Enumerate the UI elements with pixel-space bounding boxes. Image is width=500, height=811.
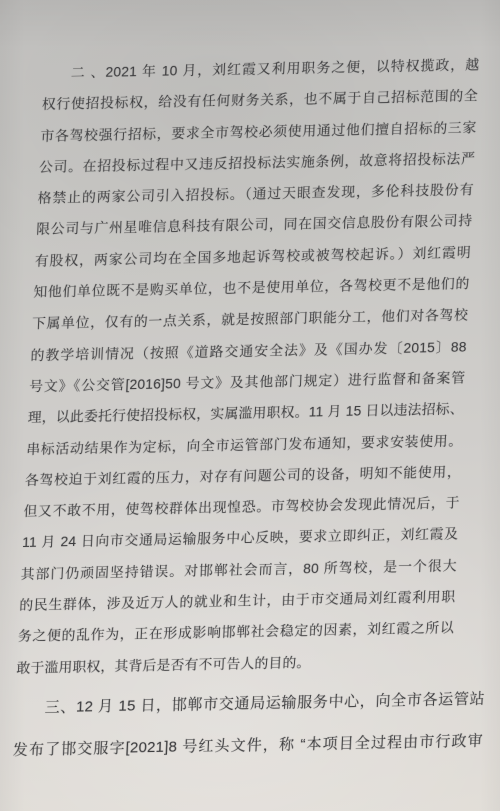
- paragraph-3-section: 三、12 月 15 日，邯郸市交通局运输服务中心，向全市各运管站 发布了邯交服字…: [12, 679, 486, 772]
- document-photo: 二 、2021 年 10 月，刘红霞又利用职务之便，以特权揽政，越 权行使招投标…: [0, 0, 500, 811]
- paragraph-2-section: 二 、2021 年 10 月，刘红霞又利用职务之便，以特权揽政，越 权行使招投标…: [16, 49, 480, 684]
- document-text: 二 、2021 年 10 月，刘红霞又利用职务之便，以特权揽政，越 权行使招投标…: [12, 49, 480, 772]
- text-line: 发布了邯交服字[2021]8 号红头文件，称 “本项目全过程由市行政审: [12, 721, 484, 772]
